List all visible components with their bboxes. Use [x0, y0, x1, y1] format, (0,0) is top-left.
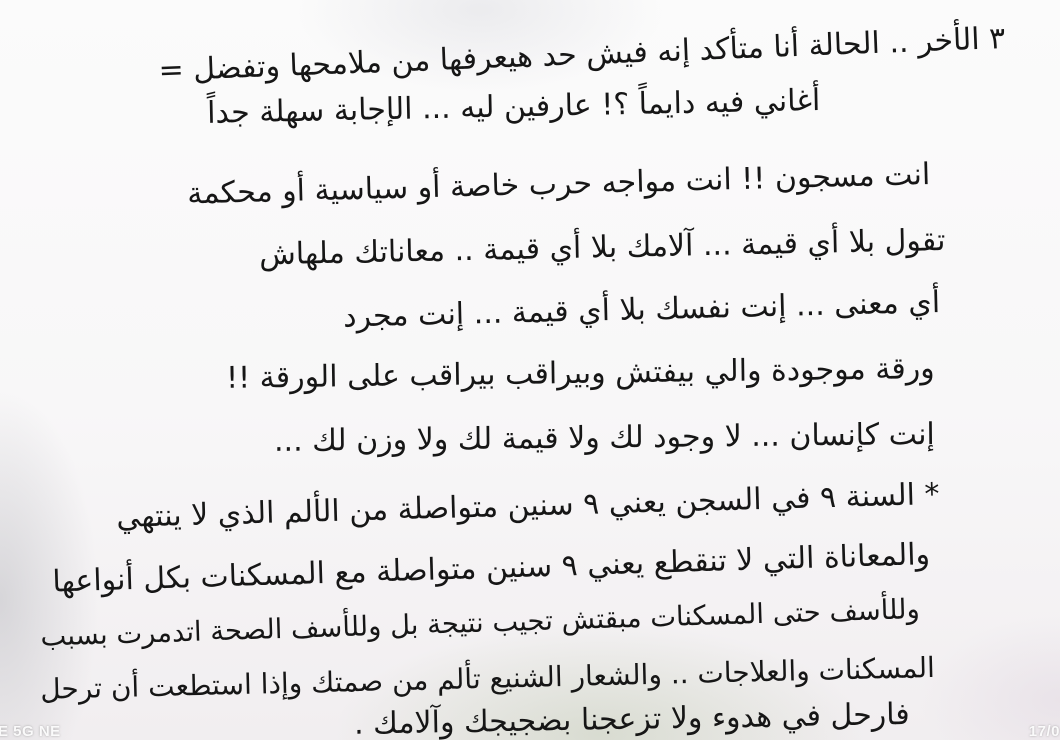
- text-line-3: انت مسجون !! انت مواجه حرب خاصة أو سياسي…: [187, 160, 931, 209]
- text-line-12: فارحل في هدوء ولا تزعجنا بضجيجك وآلامك .: [354, 700, 910, 740]
- text-line-2: أغاني فيه دايماً ؟! عارفين ليه ... الإجا…: [207, 86, 821, 129]
- text-line-7: إنت كإنسان ... لا وجود لك ولا قيمة لك ول…: [274, 420, 935, 457]
- date-stamp: 17/0: [1029, 723, 1060, 740]
- text-line-5: أي معنى ... إنت نفسك بلا أي قيمة ... إنت…: [343, 288, 941, 333]
- text-line-11: المسكنات والعلاجات .. والشعار الشنيع تأل…: [40, 654, 935, 704]
- text-line-4: تقول بلا أي قيمة ... آلامك بلا أي قيمة .…: [258, 226, 945, 270]
- handwritten-text-body: ٣ الأخر .. الحالة أنا متأكد إنه فيش حد ه…: [0, 0, 1060, 740]
- text-line-1: ٣ الأخر .. الحالة أنا متأكد إنه فيش حد ه…: [158, 24, 1006, 87]
- text-line-6: ورقة موجودة والي بيفتش وبيراقب بيراقب عل…: [226, 354, 935, 394]
- text-line-10: وللأسف حتى المسكنات مبقتش تجيب نتيجة بل …: [40, 596, 920, 651]
- text-line-8: * السنة ٩ في السجن يعني ٩ سنين متواصلة م…: [116, 480, 940, 533]
- network-watermark: E 5G NE: [0, 723, 61, 740]
- text-line-9: والمعاناة التي لا تنقطع يعني ٩ سنين متوا…: [52, 540, 931, 598]
